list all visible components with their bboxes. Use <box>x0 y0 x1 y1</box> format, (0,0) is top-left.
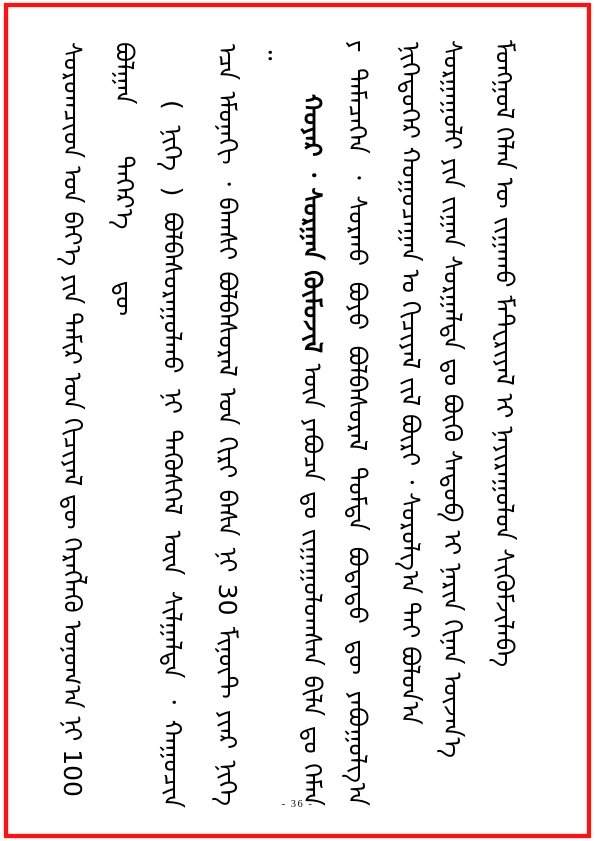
mongolian-text-column-7: ᠶ ᠲᠡᠮᠡᠴᠡᠭᠡᠨ ᠂ ᠰᠤᠷᠬᠤ ᠪᠤᠶᠤ ᠪᠣᠯᠪᠠᠰᠤᠷᠠᠯ ᠳᠤᠮᠳ… <box>337 40 377 806</box>
book-page: { "page": { "number_label": "- 36 -" }, … <box>0 0 595 841</box>
mongolian-text-column-6: ᠬᠣᠶᠠᠷ ᠂ ᠰᠤᠷᠭᠠᠨ ᠬᠦᠮᠦᠵᠢᠯ ᠦᠨ ᠶᠠᠪᠤᠴᠠ ᠳᠤ ᠵᠢᠭᠠ… <box>292 94 332 806</box>
section-heading-bold-lead: ᠬᠣᠶᠠᠷ ᠂ ᠰᠤᠷᠭᠠᠨ ᠬᠦᠮᠦᠵᠢᠯ <box>298 94 327 363</box>
page-number: - 36 - <box>0 799 595 810</box>
mongolian-text-column-4: ᠡᠴᠡ ᠡᠮᠦᠨᠡᠬᠢ ᠂ ᠪᠠᠭᠰᠢ ᠪᠣᠯᠪᠠᠰᠤᠷᠠᠯ ᠤᠨ ᠬᠢᠷᠢ ᠪ… <box>207 44 247 806</box>
mongolian-text-column-9: ᠰᠤᠷᠭᠠᠭᠤᠯᠢ ᠶᠢᠨ ᠵᠢᠭᠠᠨ ᠰᠤᠷᠭᠠᠯᠲᠠ ᠳᠤ ᠪᠦᠬᠦ ᠰᠡᠳ… <box>432 40 472 806</box>
mongolian-text-column-10: ᠮᠣᠩᠭᠣᠯ ᠬᠡᠯᠡᠨ ᠦ ᠵᠢᠭᠠᠬᠤ ᠮᠠᠲ᠋ᠧᠷᠢᠶᠠᠯ ᠢ ᠨᠠᠶᠢᠷ… <box>484 40 524 796</box>
paragraph-end-punctuation-column: ᠃ <box>248 44 288 84</box>
mongolian-text-column-2: ᠪᠣᠯᠭᠠᠨ ᠳᠡᠭᠡᠷ᠎ᠡ ᠳᠦ ᠣᠷᠣᠭᠤᠯᠤᠨ᠎ᠠ ᠃ <box>104 42 144 316</box>
mongolian-text-column-1: ᠰᠤᠷᠤᠭᠴᠢᠳ ᠤᠨ ᠪᠡᠶ᠎ᠡ ᠶᠢᠨ ᠲᠠᠮᠢᠷ ᠤᠨ ᠬᠢᠴᠢᠶᠡᠯ ᠳ… <box>52 42 92 802</box>
mongolian-text-column-8: ᠨᠢᠭᠡᠳᠦᠭᠡᠷ ᠬᠤᠭᠤᠴᠠᠭᠠᠨ ᠤ ᠬᠢᠴᠢᠶᠡᠯ ᠵᠢᠯ ᠪᠦᠷᠢ ᠂… <box>390 42 430 806</box>
mongolian-text-column-3: ( ᠨᠢᠭᠡ ) ᠪᠣᠯᠪᠠᠰᠤᠷᠠᠭᠤᠯᠬᠤ ᠨᠢ ᠲᠡᠭᠦᠰᠬᠡᠯ ᠦᠨ ᠰ… <box>152 100 192 808</box>
